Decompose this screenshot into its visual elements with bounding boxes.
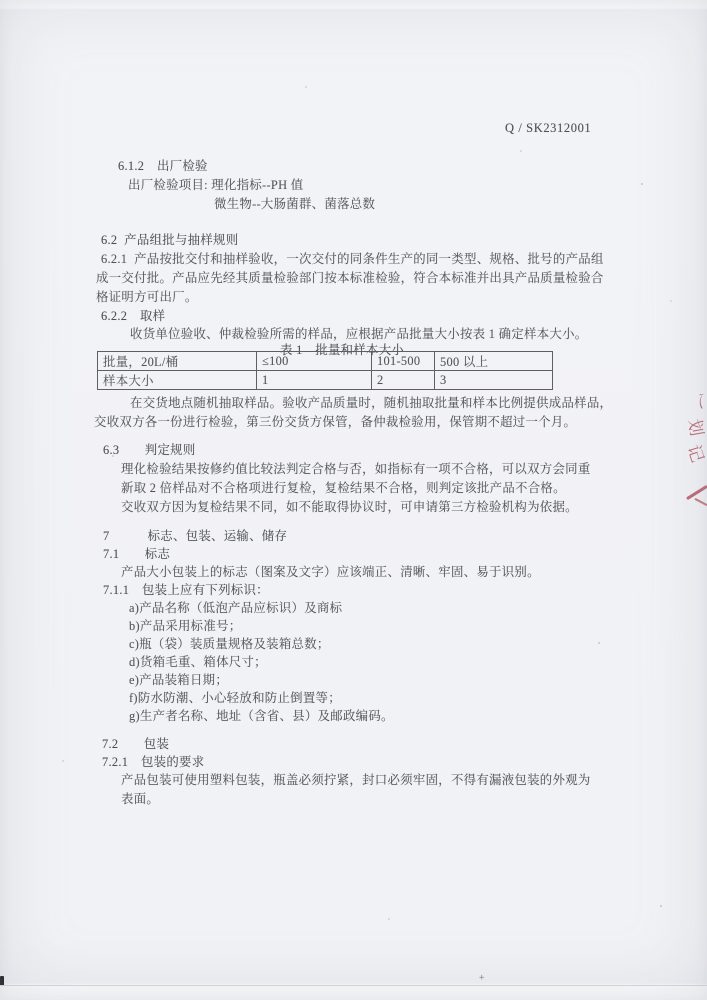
section-6-2-heading: 6.2 产品组批与抽样规则 xyxy=(101,230,238,248)
section-6-3-line3: 交收双方因为复检结果不同，如不能取得协议时，可申请第三方检验机构为依据。 xyxy=(121,497,578,515)
red-ink-glyph: 划 xyxy=(686,418,706,438)
list-item-c: c)瓶（袋）装质量规格及装箱总数； xyxy=(129,634,330,652)
document-code: Q / SK2312001 xyxy=(505,121,591,136)
section-6-2-1-line3: 格证明方可出厂。 xyxy=(96,287,198,305)
section-7-1-1-heading: 7.1.1 包装上应有下列标识： xyxy=(103,580,269,598)
red-ink-glyph: 乀 xyxy=(690,393,707,412)
table-1: 批量，20L/桶 ≤100 101-500 500 以上 样本大小 1 2 3 xyxy=(97,351,553,390)
section-7-2-1-line1: 产品包装可使用塑料包装，瓶盖必须拧紧，封口必须牢固，不得有漏液包装的外观为 xyxy=(121,770,591,788)
scan-edge-top xyxy=(0,0,707,8)
scan-edge-bottom xyxy=(0,985,707,1000)
section-7-2-heading: 7.2 包装 xyxy=(102,734,169,752)
table-cell: 3 xyxy=(435,371,553,390)
list-item-a: a)产品名称（低泡产品应标识）及商标 xyxy=(129,598,342,616)
section-6-2-1-line1: 6.2.1 产品按批交付和抽样验收，一次交付的同条件生产的同一类型、规格、批号的… xyxy=(101,249,604,267)
section-6-3-line1: 理化检验结果按修约值比较法判定合格与否，如指标有一项不合格，可以双方会同重 xyxy=(121,459,591,477)
section-6-1-2-heading: 6.1.2 出厂检验 xyxy=(118,156,208,174)
section-7-1-line1: 产品大小包装上的标志（图案及文字）应该端正、清晰、牢固、易于识别。 xyxy=(121,562,540,580)
sampling-note-line2: 交收双方各一份进行检验，第三份交货方保管，备仲裁检验用，保管期不超过一个月。 xyxy=(94,412,576,430)
table-cell: 500 以上 xyxy=(435,352,553,371)
section-6-3-line2: 新取 2 倍样品对不合格项进行复检，复检结果不合格，则判定该批产品不合格。 xyxy=(121,478,566,496)
table-row: 批量，20L/桶 ≤100 101-500 500 以上 xyxy=(98,352,553,371)
section-6-1-2-line1: 出厂检验项目: 理化指标--PH 值 xyxy=(128,175,303,193)
list-item-e: e)产品装箱日期； xyxy=(129,670,228,688)
sampling-note-line1: 在交货地点随机抽取样品。验收产品质量时，随机抽取批量和样本比例提供成品样品， xyxy=(130,393,612,411)
list-item-b: b)产品采用标准号； xyxy=(129,616,241,634)
section-7-1-heading: 7.1 标志 xyxy=(103,544,170,562)
section-6-3-heading: 6.3 判定规则 xyxy=(103,440,196,458)
scanned-document-page: Q / SK2312001 6.1.2 出厂检验 出厂检验项目: 理化指标--P… xyxy=(0,0,707,1000)
table-cell: 2 xyxy=(372,371,435,390)
red-ink-glyph: 记 xyxy=(685,443,706,464)
table-cell: 1 xyxy=(257,371,372,390)
section-7-heading: 7 标志、包装、运输、储存 xyxy=(103,526,287,544)
red-ink-stamp: 乀 划 记 xyxy=(680,393,707,519)
scan-artifact: + xyxy=(479,973,484,983)
list-item-g: g)生产者名称、地址（含省、县）及邮政编码。 xyxy=(129,706,394,724)
table-cell: 批量，20L/桶 xyxy=(98,352,257,371)
red-ink-stroke xyxy=(694,498,707,506)
section-7-2-1-line2: 表面。 xyxy=(121,789,159,807)
list-item-f: f)防水防潮、小心轻放和防止倒置等； xyxy=(129,688,341,706)
section-7-2-1-heading: 7.2.1 包装的要求 xyxy=(102,752,204,770)
table-cell: 样本大小 xyxy=(98,371,257,390)
list-item-d: d)货箱毛重、箱体尺寸； xyxy=(129,652,267,670)
table-cell: ≤100 xyxy=(257,352,372,371)
table-row: 样本大小 1 2 3 xyxy=(98,371,553,390)
table-cell: 101-500 xyxy=(372,352,435,371)
section-6-2-1-line2: 成一交付批。产品应先经其质量检验部门按本标准检验，符合本标准并出具产品质量检验合 xyxy=(96,268,604,286)
section-6-1-2-line2: 微生物--大肠菌群、菌落总数 xyxy=(214,194,375,212)
section-6-2-2-heading: 6.2.2 取样 xyxy=(101,306,165,324)
